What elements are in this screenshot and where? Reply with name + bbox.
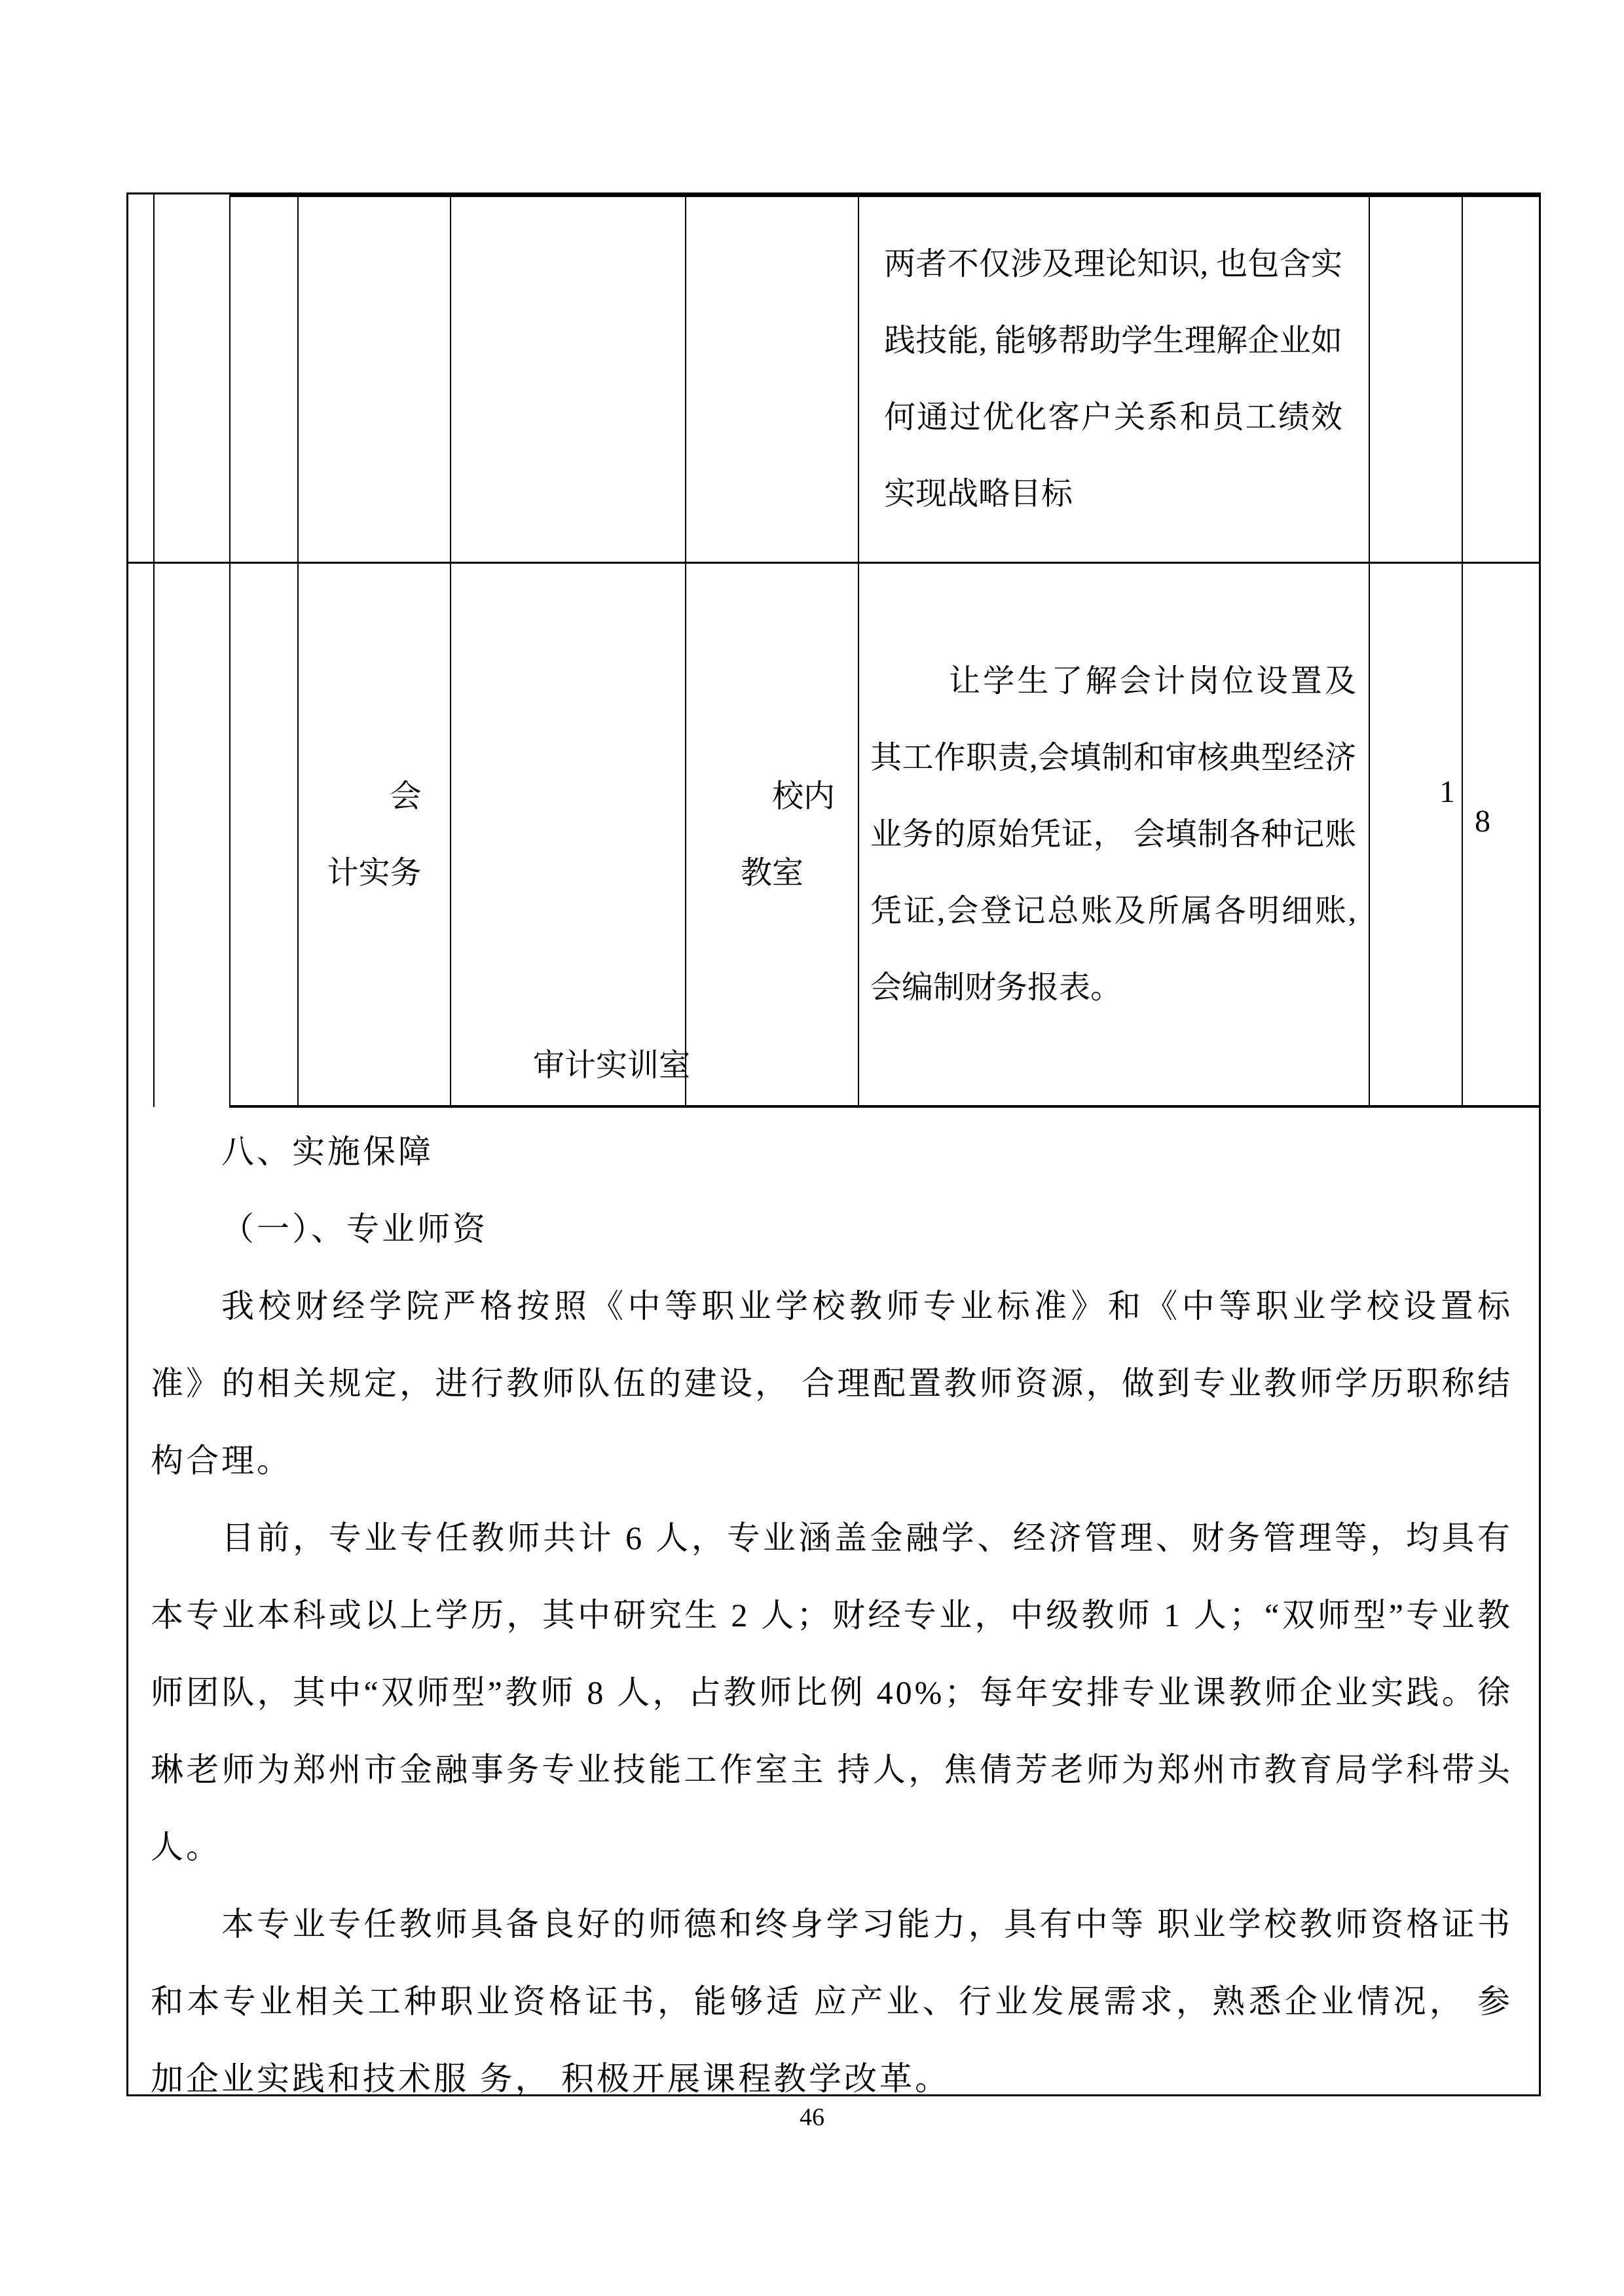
course-name-text: 会计实务: [299, 758, 450, 911]
course-description-text: 让学生了解会计岗位设置及其工作职责,会填制和审核典型经济业务的原始凭证， 会填制…: [859, 643, 1367, 1026]
subsection-heading: （一）、专业师资: [151, 1190, 1513, 1267]
table-bottom-border: [229, 1105, 1539, 1108]
course-name-cell: 会计实务: [299, 564, 450, 1105]
paragraph-teacher-standards: 我校财经学院严格按照《中等职业学校教师专业标准》和《中等职业学校设置标准》的相关…: [151, 1267, 1513, 1499]
location-text: 校内教室: [686, 758, 858, 911]
paragraph-teacher-count: 目前，专业专任教师共计 6 人，专业涵盖金融学、经济管理、财务管理等，均具有本专…: [151, 1499, 1513, 1886]
table-column-line: [153, 194, 155, 1107]
value-2-text: 8: [1475, 783, 1490, 860]
page-number: 46: [0, 2103, 1624, 2132]
value-2-cell: 8: [1463, 564, 1537, 1105]
value-1-text: 1: [1439, 754, 1455, 830]
continued-description-text: 两者不仅涉及理论知识, 也包含实践技能, 能够帮助学生理解企业如何通过优化客户关…: [859, 226, 1367, 532]
value-1-cell: 1: [1370, 564, 1460, 1105]
location-cell: 校内教室: [686, 564, 858, 1105]
paragraph-teacher-quality: 本专业专任教师具备良好的师德和终身学习能力，具有中等 职业学校教师资格证书和本专…: [151, 1886, 1513, 2117]
section-heading: 八、实施保障: [151, 1113, 1513, 1190]
document-page: { "table": { "continued_row": { "descrip…: [0, 0, 1624, 2296]
body-text: 八、实施保障 （一）、专业师资 我校财经学院严格按照《中等职业学校教师专业标准》…: [151, 1113, 1513, 2117]
course-description-cell: 让学生了解会计岗位设置及其工作职责,会填制和审核典型经济业务的原始凭证， 会填制…: [859, 564, 1367, 1105]
training-room-text: 审计实训室: [451, 1027, 723, 1105]
table-top-border: [229, 192, 1541, 197]
table-column-line: [229, 194, 231, 1107]
continued-description-cell: 两者不仅涉及理论知识, 也包含实践技能, 能够帮助学生理解企业如何通过优化客户关…: [859, 197, 1367, 561]
training-room-cell: 审计实训室: [451, 564, 685, 1105]
